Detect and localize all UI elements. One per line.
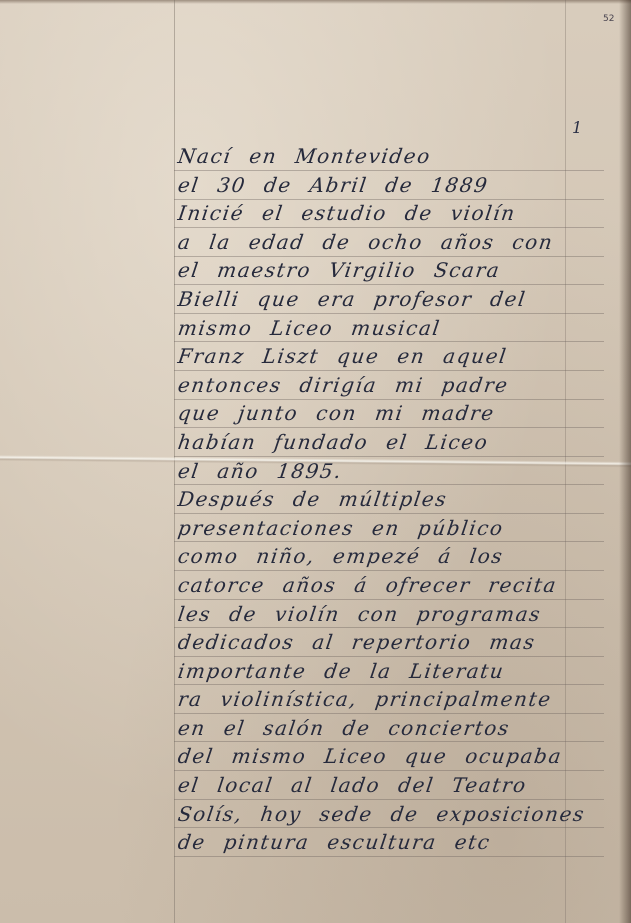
page-number: 52	[603, 14, 614, 24]
text-line: de pintura escultura etc	[176, 828, 610, 857]
letter-page: 52 1 Nací en Montevideo el 30 de Abril d…	[0, 0, 631, 923]
text-line: Nací en Montevideo	[176, 142, 610, 171]
text-line: Después de múltiples	[176, 485, 610, 514]
text-line: del mismo Liceo que ocupaba	[176, 742, 610, 771]
text-line: el maestro Virgilio Scara	[176, 256, 610, 285]
text-line: mismo Liceo musical	[176, 314, 610, 343]
text-line: el 30 de Abril de 1889	[176, 171, 610, 200]
text-line: presentaciones en público	[176, 514, 610, 543]
sheet-number: 1	[572, 118, 582, 137]
text-line: importante de la Literatu	[176, 657, 610, 686]
text-line: Franz Liszt que en aquel	[176, 342, 610, 371]
text-line: dedicados al repertorio mas	[176, 628, 610, 657]
text-line: en el salón de conciertos	[176, 714, 610, 743]
page-top-edge	[0, 0, 631, 4]
text-line: a la edad de ocho años con	[176, 228, 610, 257]
text-line: ra violinística, principalmente	[176, 685, 610, 714]
text-line: catorce años á ofrecer recita	[176, 571, 610, 600]
text-line: como niño, empezé á los	[176, 542, 610, 571]
text-line: el año 1895.	[176, 457, 610, 486]
text-line: que junto con mi madre	[176, 399, 610, 428]
text-line: habían fundado el Liceo	[176, 428, 610, 457]
text-line: les de violín con programas	[176, 600, 610, 629]
handwritten-text: Nací en Montevideo el 30 de Abril de 188…	[176, 142, 606, 857]
text-line: Inicié el estudio de violín	[176, 199, 610, 228]
text-line: Bielli que era profesor del	[176, 285, 610, 314]
text-line: Solís, hoy sede de exposiciones	[176, 800, 610, 829]
text-line: el local al lado del Teatro	[176, 771, 610, 800]
text-line: entonces dirigía mi padre	[176, 371, 610, 400]
